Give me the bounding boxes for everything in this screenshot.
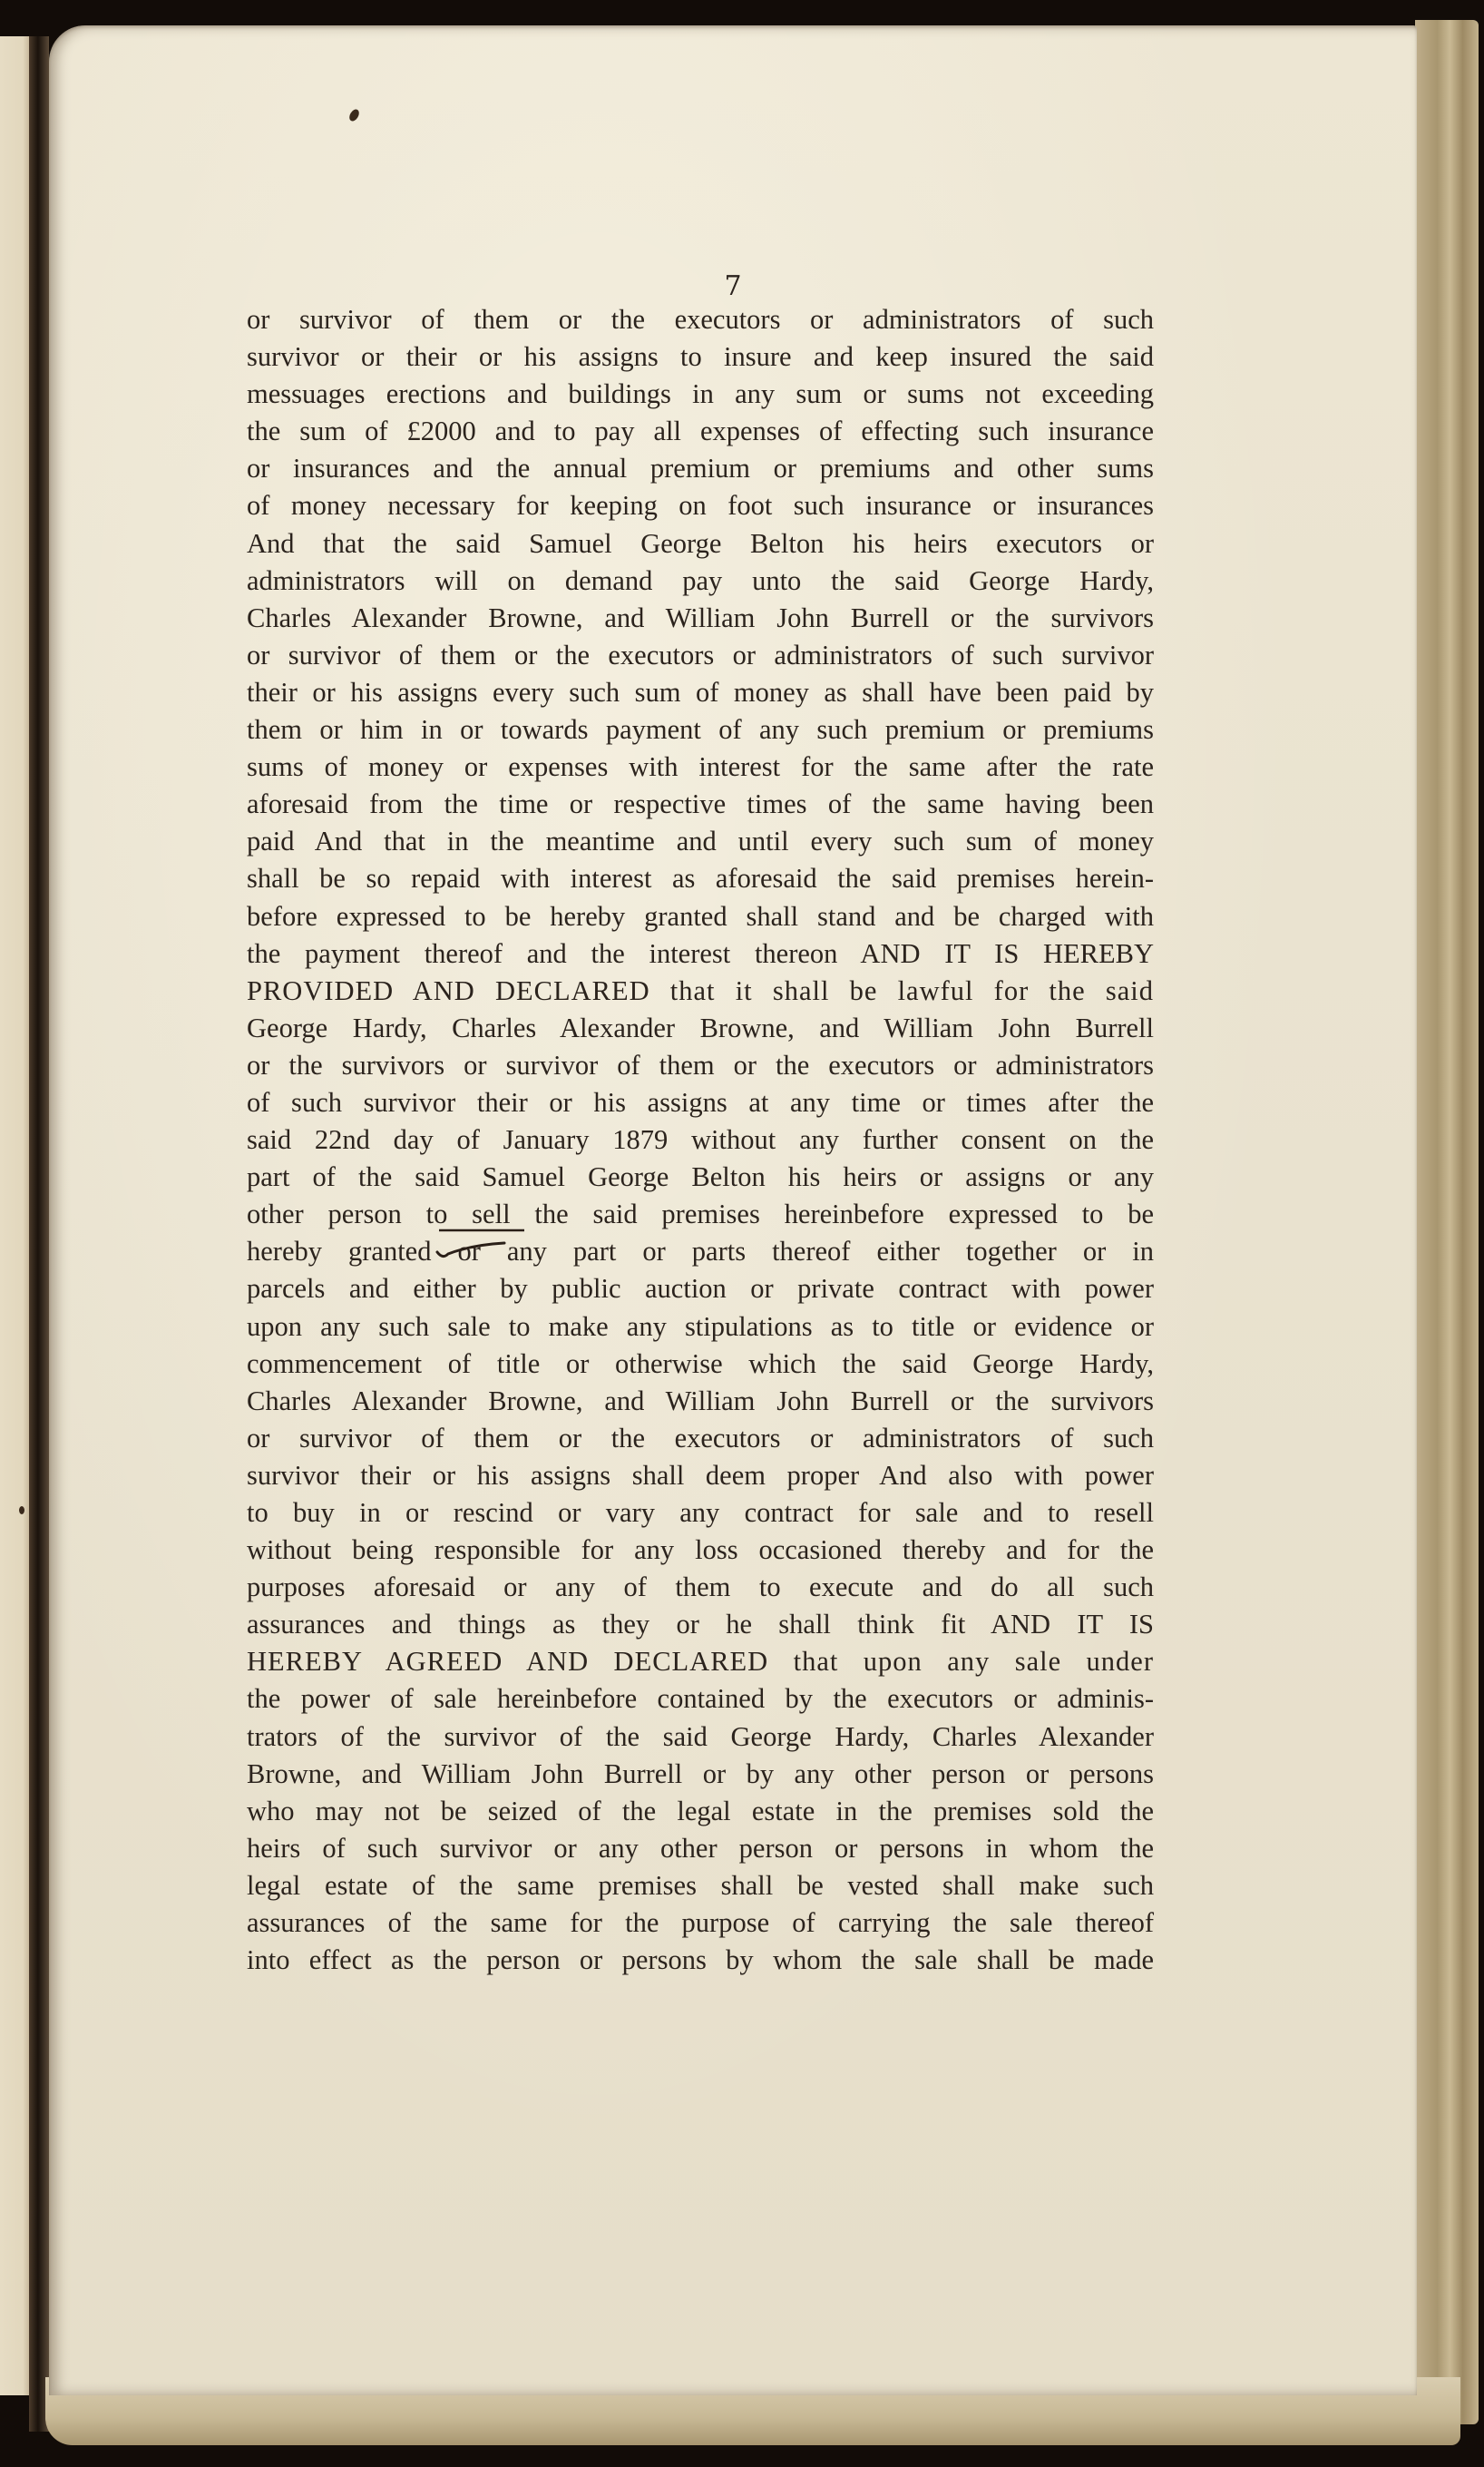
text-line: sums of money or expenses with interest … — [247, 749, 1154, 786]
text-line: assurances and things as they or he shal… — [247, 1606, 1154, 1643]
text-line: shall be so repaid with interest as afor… — [247, 860, 1154, 897]
text-line: And that the said Samuel George Belton h… — [247, 525, 1154, 563]
body-paragraph: or survivor of them or the executors or … — [247, 301, 1154, 1979]
pencil-caret-mark — [435, 1241, 508, 1261]
text-line: them or him in or towards payment of any… — [247, 711, 1154, 749]
book-gutter — [29, 36, 49, 2432]
text-line: or survivor of them or the executors or … — [247, 637, 1154, 674]
text-line: survivor or their or his assigns to insu… — [247, 338, 1154, 376]
text-line: legal estate of the same premises shall … — [247, 1867, 1154, 1904]
text-line: assurances of the same for the purpose o… — [247, 1904, 1154, 1942]
text-line: Charles Alexander Browne, and William Jo… — [247, 600, 1154, 637]
text-line: messuages erections and buildings in any… — [247, 376, 1154, 413]
text-line: Charles Alexander Browne, and William Jo… — [247, 1383, 1154, 1420]
text-line: of such survivor their or his assigns at… — [247, 1084, 1154, 1121]
underline-mark — [439, 1228, 526, 1233]
text-line: Browne, and William John Burrell or by a… — [247, 1756, 1154, 1793]
text-line: said 22nd day of January 1879 without an… — [247, 1121, 1154, 1159]
text-line: parcels and either by public auction or … — [247, 1270, 1154, 1307]
text-line: survivor their or his assigns shall deem… — [247, 1457, 1154, 1494]
text-line: the power of sale hereinbefore contained… — [247, 1680, 1154, 1718]
margin-speck — [19, 1506, 24, 1514]
text-line: their or his assigns every such sum of m… — [247, 674, 1154, 711]
page-stack-edge — [1415, 20, 1479, 2424]
page-number: 7 — [49, 270, 1417, 302]
text-line: trators of the survivor of the said Geor… — [247, 1718, 1154, 1756]
text-line: the sum of £2000 and to pay all expenses… — [247, 413, 1154, 450]
text-line: administrators will on demand pay unto t… — [247, 563, 1154, 600]
text-line: of money necessary for keeping on foot s… — [247, 487, 1154, 524]
text-line: without being responsible for any loss o… — [247, 1532, 1154, 1569]
text-line: part of the said Samuel George Belton hi… — [247, 1159, 1154, 1196]
text-line: hereby granted or any part or parts ther… — [247, 1233, 1154, 1270]
text-line: commencement of title or otherwise which… — [247, 1346, 1154, 1383]
text-line: HEREBY AGREED AND DECLARED that upon any… — [247, 1643, 1154, 1680]
text-line: upon any such sale to make any stipulati… — [247, 1308, 1154, 1346]
text-line: or insurances and the annual premium or … — [247, 450, 1154, 487]
text-line: who may not be seized of the legal estat… — [247, 1793, 1154, 1830]
facing-page-edge — [0, 36, 33, 2395]
text-line: heirs of such survivor or any other pers… — [247, 1830, 1154, 1867]
text-line: the payment thereof and the interest the… — [247, 935, 1154, 973]
text-line: George Hardy, Charles Alexander Browne, … — [247, 1010, 1154, 1047]
text-line: into effect as the person or persons by … — [247, 1942, 1154, 1979]
text-line: or the survivors or survivor of them or … — [247, 1047, 1154, 1084]
ink-speck — [347, 108, 361, 123]
text-line: purposes aforesaid or any of them to exe… — [247, 1569, 1154, 1606]
text-line: before expressed to be hereby granted sh… — [247, 898, 1154, 935]
text-line: aforesaid from the time or respective ti… — [247, 786, 1154, 823]
text-line: to buy in or rescind or vary any contrac… — [247, 1494, 1154, 1532]
text-line: or survivor of them or the executors or … — [247, 1420, 1154, 1457]
text-line: or survivor of them or the executors or … — [247, 301, 1154, 338]
text-line: paid And that in the meantime and until … — [247, 823, 1154, 860]
text-line: PROVIDED AND DECLARED that it shall be l… — [247, 973, 1154, 1010]
text-line: other person to sell the said premises h… — [247, 1196, 1154, 1233]
